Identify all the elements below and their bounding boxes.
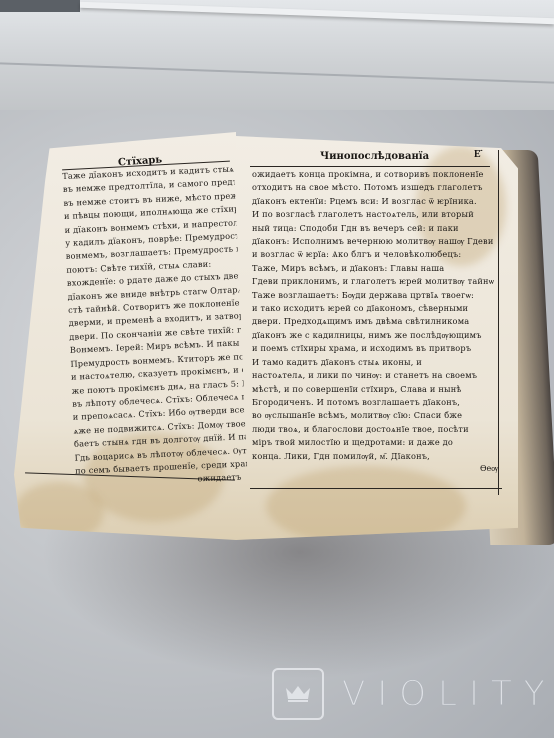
text-line: конца. Лики, Гдн помилѹй, м҃. Дїаконъ, — [252, 450, 497, 463]
right-header-rule — [250, 166, 490, 167]
text-line: Бгородиченъ. И потомъ возглашаетъ дїакон… — [252, 396, 497, 409]
text-line: Таже возглашаетъ: Бѹди держава цртвїѧ тв… — [252, 289, 497, 302]
text-line: мѣстѣ, и по совершенїи стїхиръ, Слава и … — [252, 383, 497, 396]
book-shadow — [40, 520, 554, 680]
text-line: во ѹслышанїе всѣмъ, молитвѹ сїю: Спаси б… — [252, 409, 497, 422]
text-line: Гдеви приклонимъ, и глаголетъ ѥрей молит… — [252, 275, 497, 288]
right-footer-rule — [250, 488, 502, 489]
text-line: И по возгласѣ глаголетъ настоѧтель, или … — [252, 208, 497, 221]
catchword: Ѳеѹ — [480, 464, 498, 473]
left-page-text: Таже дїаконъ исходитъ и кадитъ стыѧ икон… — [62, 162, 248, 491]
text-line: И тамо кадитъ дїаконъ стыѧ иконы, и — [252, 356, 497, 369]
text-line: дїаконъ ектенїи: Рцемъ вси: И возглас ѿ … — [252, 195, 497, 208]
crown-icon — [272, 668, 324, 720]
text-line: и возглас ѿ ѥрїа: Ѧко блгъ и человѣколюб… — [252, 248, 497, 261]
text-line: ожидаетъ конца прокімна, и сотворивъ пок… — [252, 168, 497, 181]
right-margin-rule — [498, 150, 499, 495]
folio-number: Е҃ — [474, 149, 481, 160]
right-running-head: Чинопослѣдованїа — [320, 151, 429, 162]
text-line: міръ твой милостїю и щедротами: и даже д… — [252, 436, 497, 449]
text-line: и тако исходитъ ѥрей со дїакономъ, сѣвер… — [252, 302, 497, 315]
text-line: ный тица: Сподоби Гдн въ вечеръ сей: и п… — [252, 222, 497, 235]
text-line: Таже, Миръ всѣмъ, и дїаконъ: Главы наша — [252, 262, 497, 275]
text-line: двери. Предходѧщимъ имъ двѣма свѣтилнико… — [252, 315, 497, 328]
watermark-text: VIOLITY — [342, 674, 554, 714]
window-frame-corner — [0, 0, 80, 12]
text-line: отходитъ на свое мѣсто. Потомъ изшедъ гл… — [252, 181, 497, 194]
text-line: дїаконъ: Исполнимъ вечернюю молитвѹ нашѹ… — [252, 235, 497, 248]
text-line: дїаконъ же с кадилницы, нимъ же послѣдѹю… — [252, 329, 497, 342]
right-page-text: ожидаетъ конца прокімна, и сотворивъ пок… — [252, 168, 497, 463]
violity-watermark: VIOLITY — [272, 668, 554, 720]
text-line: настоѧтелѧ, и лики по чинѹ: и станетъ на… — [252, 369, 497, 382]
text-line: люди твоѧ, и благослови достоѧнїе твое, … — [252, 423, 497, 436]
text-line: и поемъ стїхиры храма, и исходимъ въ при… — [252, 342, 497, 355]
